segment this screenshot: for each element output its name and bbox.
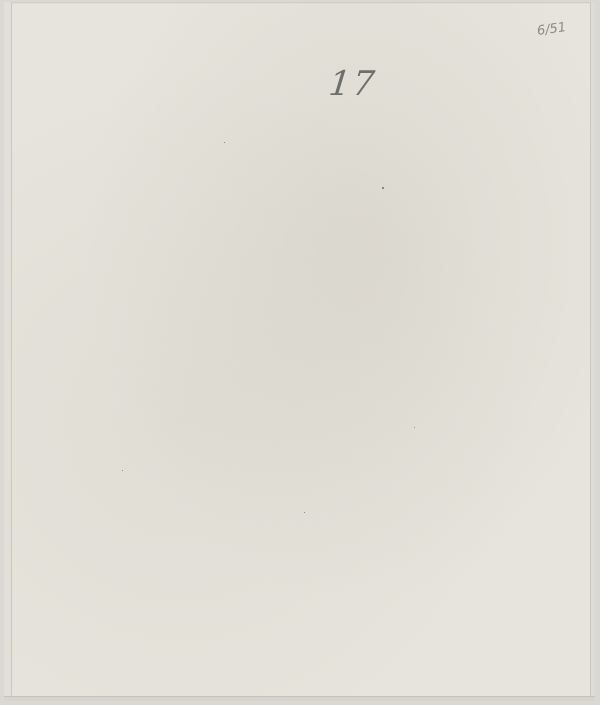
paper-speck	[304, 512, 305, 513]
paper-speck	[122, 470, 123, 471]
deckle-edge-right	[590, 2, 595, 701]
deckle-edge-bottom	[4, 696, 595, 701]
paper-speck	[382, 187, 384, 189]
edition-number-inscription: 6/51	[536, 20, 567, 39]
deckle-edge-left	[4, 2, 12, 701]
page-number-inscription: 17	[327, 64, 378, 104]
paper-sheet: 6/51 17	[4, 2, 595, 701]
paper-speck	[414, 427, 415, 428]
paper-speck	[224, 142, 225, 143]
